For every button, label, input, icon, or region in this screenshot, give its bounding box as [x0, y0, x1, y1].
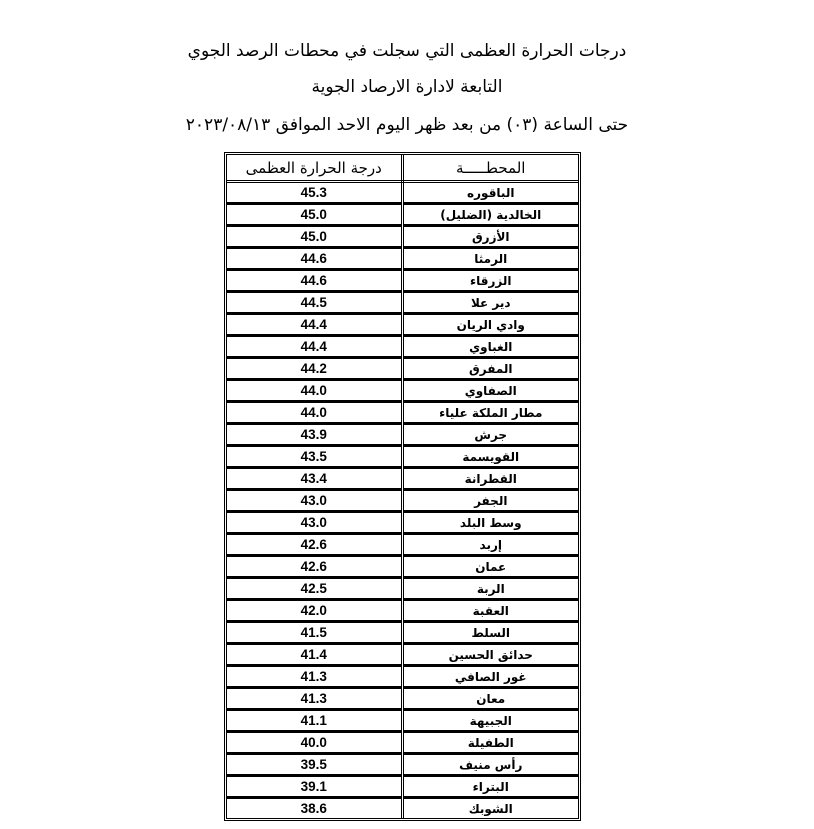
- max-temperature-value: 44.2: [227, 358, 402, 380]
- station-name: الشوبك: [402, 798, 578, 819]
- max-temperature-value: 45.0: [227, 226, 402, 248]
- station-name: عمان: [402, 556, 578, 578]
- station-name: جرش: [402, 424, 578, 446]
- table-row: الجبيهة41.1: [227, 710, 578, 732]
- station-name: الأزرق: [402, 226, 578, 248]
- table-row: معان41.3: [227, 688, 578, 710]
- table-row: مطار الملكة علياء44.0: [227, 402, 578, 424]
- max-temperature-value: 43.5: [227, 446, 402, 468]
- station-name: الرمثا: [402, 248, 578, 270]
- max-temperature-value: 41.1: [227, 710, 402, 732]
- document-title-line-3: حتى الساعة (٠٣) من بعد ظهر اليوم الاحد ا…: [0, 114, 814, 136]
- station-name: المفرق: [402, 358, 578, 380]
- station-name: البتراء: [402, 776, 578, 798]
- station-name: حدائق الحسين: [402, 644, 578, 666]
- max-temperature-value: 39.5: [227, 754, 402, 776]
- max-temperature-value: 40.0: [227, 732, 402, 754]
- max-temperature-value: 44.4: [227, 336, 402, 358]
- max-temperature-value: 39.1: [227, 776, 402, 798]
- header-max-temp: درجة الحرارة العظمى: [227, 155, 402, 182]
- table-row: السلط41.5: [227, 622, 578, 644]
- station-name: إربد: [402, 534, 578, 556]
- table-row: غور الصافي41.3: [227, 666, 578, 688]
- max-temperature-value: 43.9: [227, 424, 402, 446]
- station-name: الخالدية (الضليل): [402, 204, 578, 226]
- station-name: غور الصافي: [402, 666, 578, 688]
- max-temperature-value: 44.0: [227, 402, 402, 424]
- table-row: الصفاوي44.0: [227, 380, 578, 402]
- max-temperature-value: 44.4: [227, 314, 402, 336]
- table-row: الجفر43.0: [227, 490, 578, 512]
- max-temperature-value: 42.6: [227, 534, 402, 556]
- header-station: المحطـــــة: [402, 155, 578, 182]
- max-temperature-value: 44.6: [227, 270, 402, 292]
- max-temperature-value: 42.0: [227, 600, 402, 622]
- max-temperature-value: 45.0: [227, 204, 402, 226]
- table-row: الباقوره45.3: [227, 182, 578, 204]
- document-title-line-1: درجات الحرارة العظمى التي سجلت في محطات …: [0, 40, 814, 62]
- table-row: القطرانة43.4: [227, 468, 578, 490]
- temperature-table: المحطـــــة درجة الحرارة العظمى الباقوره…: [224, 152, 581, 821]
- max-temperature-value: 41.4: [227, 644, 402, 666]
- table-row: الخالدية (الضليل)45.0: [227, 204, 578, 226]
- table-row: الأزرق45.0: [227, 226, 578, 248]
- station-name: الربة: [402, 578, 578, 600]
- table-row: العقبة42.0: [227, 600, 578, 622]
- table-row: رأس منيف39.5: [227, 754, 578, 776]
- station-name: العقبة: [402, 600, 578, 622]
- max-temperature-value: 43.4: [227, 468, 402, 490]
- station-name: الطفيلة: [402, 732, 578, 754]
- max-temperature-value: 44.5: [227, 292, 402, 314]
- max-temperature-value: 41.5: [227, 622, 402, 644]
- table-row: الربة42.5: [227, 578, 578, 600]
- table-row: الطفيلة40.0: [227, 732, 578, 754]
- station-name: الغباوي: [402, 336, 578, 358]
- table-row: الرمثا44.6: [227, 248, 578, 270]
- table-row: وسط البلد43.0: [227, 512, 578, 534]
- station-name: مطار الملكة علياء: [402, 402, 578, 424]
- station-name: القطرانة: [402, 468, 578, 490]
- max-temperature-value: 42.5: [227, 578, 402, 600]
- table-row: إربد42.6: [227, 534, 578, 556]
- max-temperature-value: 45.3: [227, 182, 402, 204]
- table-row: المفرق44.2: [227, 358, 578, 380]
- station-name: الجفر: [402, 490, 578, 512]
- max-temperature-value: 44.0: [227, 380, 402, 402]
- table-row: الغباوي44.4: [227, 336, 578, 358]
- max-temperature-value: 43.0: [227, 512, 402, 534]
- max-temperature-value: 41.3: [227, 688, 402, 710]
- max-temperature-value: 41.3: [227, 666, 402, 688]
- table-row: عمان42.6: [227, 556, 578, 578]
- table-row: الزرقاء44.6: [227, 270, 578, 292]
- table-header-row: المحطـــــة درجة الحرارة العظمى: [227, 155, 578, 182]
- table-row: الشوبك38.6: [227, 798, 578, 819]
- station-name: الجبيهة: [402, 710, 578, 732]
- table-row: دير علا44.5: [227, 292, 578, 314]
- station-name: وادي الريان: [402, 314, 578, 336]
- max-temperature-value: 43.0: [227, 490, 402, 512]
- station-name: وسط البلد: [402, 512, 578, 534]
- station-name: دير علا: [402, 292, 578, 314]
- station-name: الباقوره: [402, 182, 578, 204]
- table-row: القويسمة43.5: [227, 446, 578, 468]
- station-name: الصفاوي: [402, 380, 578, 402]
- max-temperature-value: 38.6: [227, 798, 402, 819]
- table-row: وادي الريان44.4: [227, 314, 578, 336]
- station-name: السلط: [402, 622, 578, 644]
- max-temperature-value: 44.6: [227, 248, 402, 270]
- max-temperature-value: 42.6: [227, 556, 402, 578]
- station-name: القويسمة: [402, 446, 578, 468]
- station-name: الزرقاء: [402, 270, 578, 292]
- station-name: رأس منيف: [402, 754, 578, 776]
- table-row: حدائق الحسين41.4: [227, 644, 578, 666]
- table-row: البتراء39.1: [227, 776, 578, 798]
- station-name: معان: [402, 688, 578, 710]
- document-title-line-2: التابعة لادارة الارصاد الجوية: [0, 76, 814, 98]
- table-row: جرش43.9: [227, 424, 578, 446]
